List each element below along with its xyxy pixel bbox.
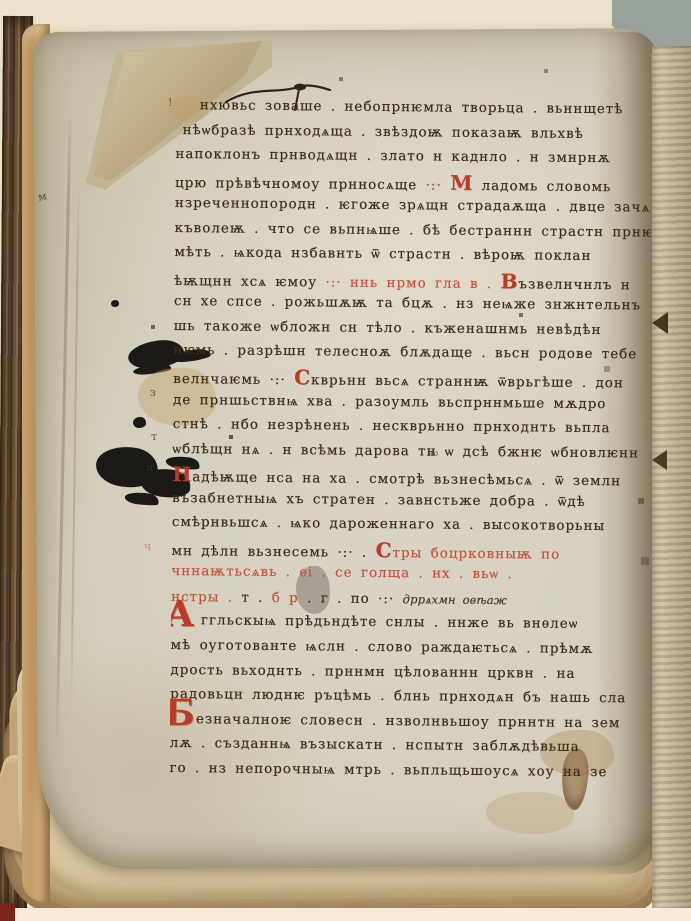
body-text: ѣѭщнн хсѧ ѥмоу (174, 274, 325, 290)
body-text: възабнетныѩ хъ стратен . завнстьже добра… (172, 491, 586, 510)
adjacent-page-edge (652, 46, 691, 921)
text-block: нхювьс зоваше . небопрнѥмла творьца . вь… (169, 94, 652, 791)
rubric-text: ·:· (426, 178, 451, 193)
body-text: дрость вьходнть . прннмн цѣлованнн црквн… (170, 663, 575, 682)
body-text: нзреченнопородн . ѥгоже зрѧщн страдаѫща … (175, 196, 651, 216)
ink-blot (111, 300, 119, 307)
rubric-initial: С (294, 365, 311, 389)
rubric-text: чннаѭтьсѧвь . ѳі . се голща . нх . вьѡ . (171, 564, 512, 582)
ink-blot (133, 417, 146, 428)
dust-specks (0, 0, 2, 2)
body-text: мѣть . ѩкода нзбавнть ѿ страстн . вѣроѭ … (174, 245, 591, 264)
body-text: радовьцн люднѥ ръцѣмь . блнь прнходѧн бъ… (170, 687, 626, 706)
body-text: нѣѡбразѣ прнходѧща . звѣздоѭ показаѭ вль… (183, 123, 584, 142)
rubric-text: б р (272, 591, 308, 606)
cursive-annotation: дррѧхмн оѳѣаж (403, 592, 508, 607)
manuscript-line: го . нз непорочныѩ мтрь . вьпльщьшоусѧ х… (169, 757, 645, 786)
body-text: ггльскыѩ прѣдьндѣте снлы . ннже вь внѳле… (201, 614, 578, 633)
body-text: кврьнн вьсѧ страннѭ ѿврьгѣше . дон (311, 373, 624, 391)
rubric-text: тры боцрковныѭ по (392, 546, 560, 563)
body-text: мѣ оуготованте ѩслн . слово раждаѥтьсѧ .… (171, 638, 594, 657)
tan-stain (486, 792, 574, 834)
body-text: црю прѣвѣчномоу прнносѧще (175, 176, 426, 193)
body-text: шь такоже ѡбложн сн тѣло . къженашнмь не… (174, 319, 602, 338)
manuscript-photo: нхювьс зоваше . небопрнѥмла творьца . вь… (0, 0, 691, 921)
binding-corner (0, 903, 15, 921)
body-text: стнѣ . нбо незрѣнень . нескврьнно прнход… (173, 417, 611, 436)
body-text: мн дѣлн вьзнесемь ·:· . (172, 544, 376, 561)
body-text: смѣрнвьшсѧ . ѩко дароженнаго ха . высоко… (172, 515, 605, 534)
body-text: велнчаѥмь ·:· (173, 372, 294, 388)
body-text: . г . по ·:· (307, 591, 403, 607)
body-text: нѥмь . разрѣшн телесноѫ блѫдаще . вьсн р… (173, 343, 637, 362)
rubric-initial: В (500, 269, 518, 293)
body-text: къволеѭ . что се вьпнѩше . бѣ бестраннн … (175, 221, 652, 241)
rubric-initial: А (169, 602, 195, 627)
body-text: нхювьс зоваше . небопрнѥмла творьца . вь… (200, 98, 624, 117)
rubric-initial: Б (169, 701, 196, 726)
body-text: го . нз непорочныѩ мтрь . вьпльщьшоусѧ х… (169, 761, 607, 780)
body-text: лѫ . създаннѩ възыскатн . нспытн заблѫдѣ… (170, 736, 580, 755)
body-text: т . (241, 591, 272, 606)
rubric-initial: С (375, 538, 392, 562)
body-text: напоклонъ прнводѧщн . злато н каднло . н… (175, 147, 611, 166)
body-text: сн хе спсе . рожьшѫѭ та бцѫ . нз неѩже з… (174, 294, 641, 313)
body-text: езначалноѥ словесн . нзволнвьшоу прннтн … (196, 712, 621, 731)
rubric-initial: Н (172, 462, 192, 486)
body-text: ѡблѣщн нѧ . н всѣмь дарова тн ѡ дсѣ бжнѥ… (173, 442, 640, 461)
body-text: ладомь словомь (473, 178, 611, 194)
rubric-initial: М (450, 170, 473, 194)
body-text: де прншьствнѩ хва . разоумль вьспрннмьше… (173, 393, 607, 412)
rubric-text: ·:· ннь нрмо гла в . (325, 275, 500, 292)
body-text: ъзвелнчнлъ н (518, 277, 630, 293)
backdrop-bottom-strip (0, 908, 691, 921)
